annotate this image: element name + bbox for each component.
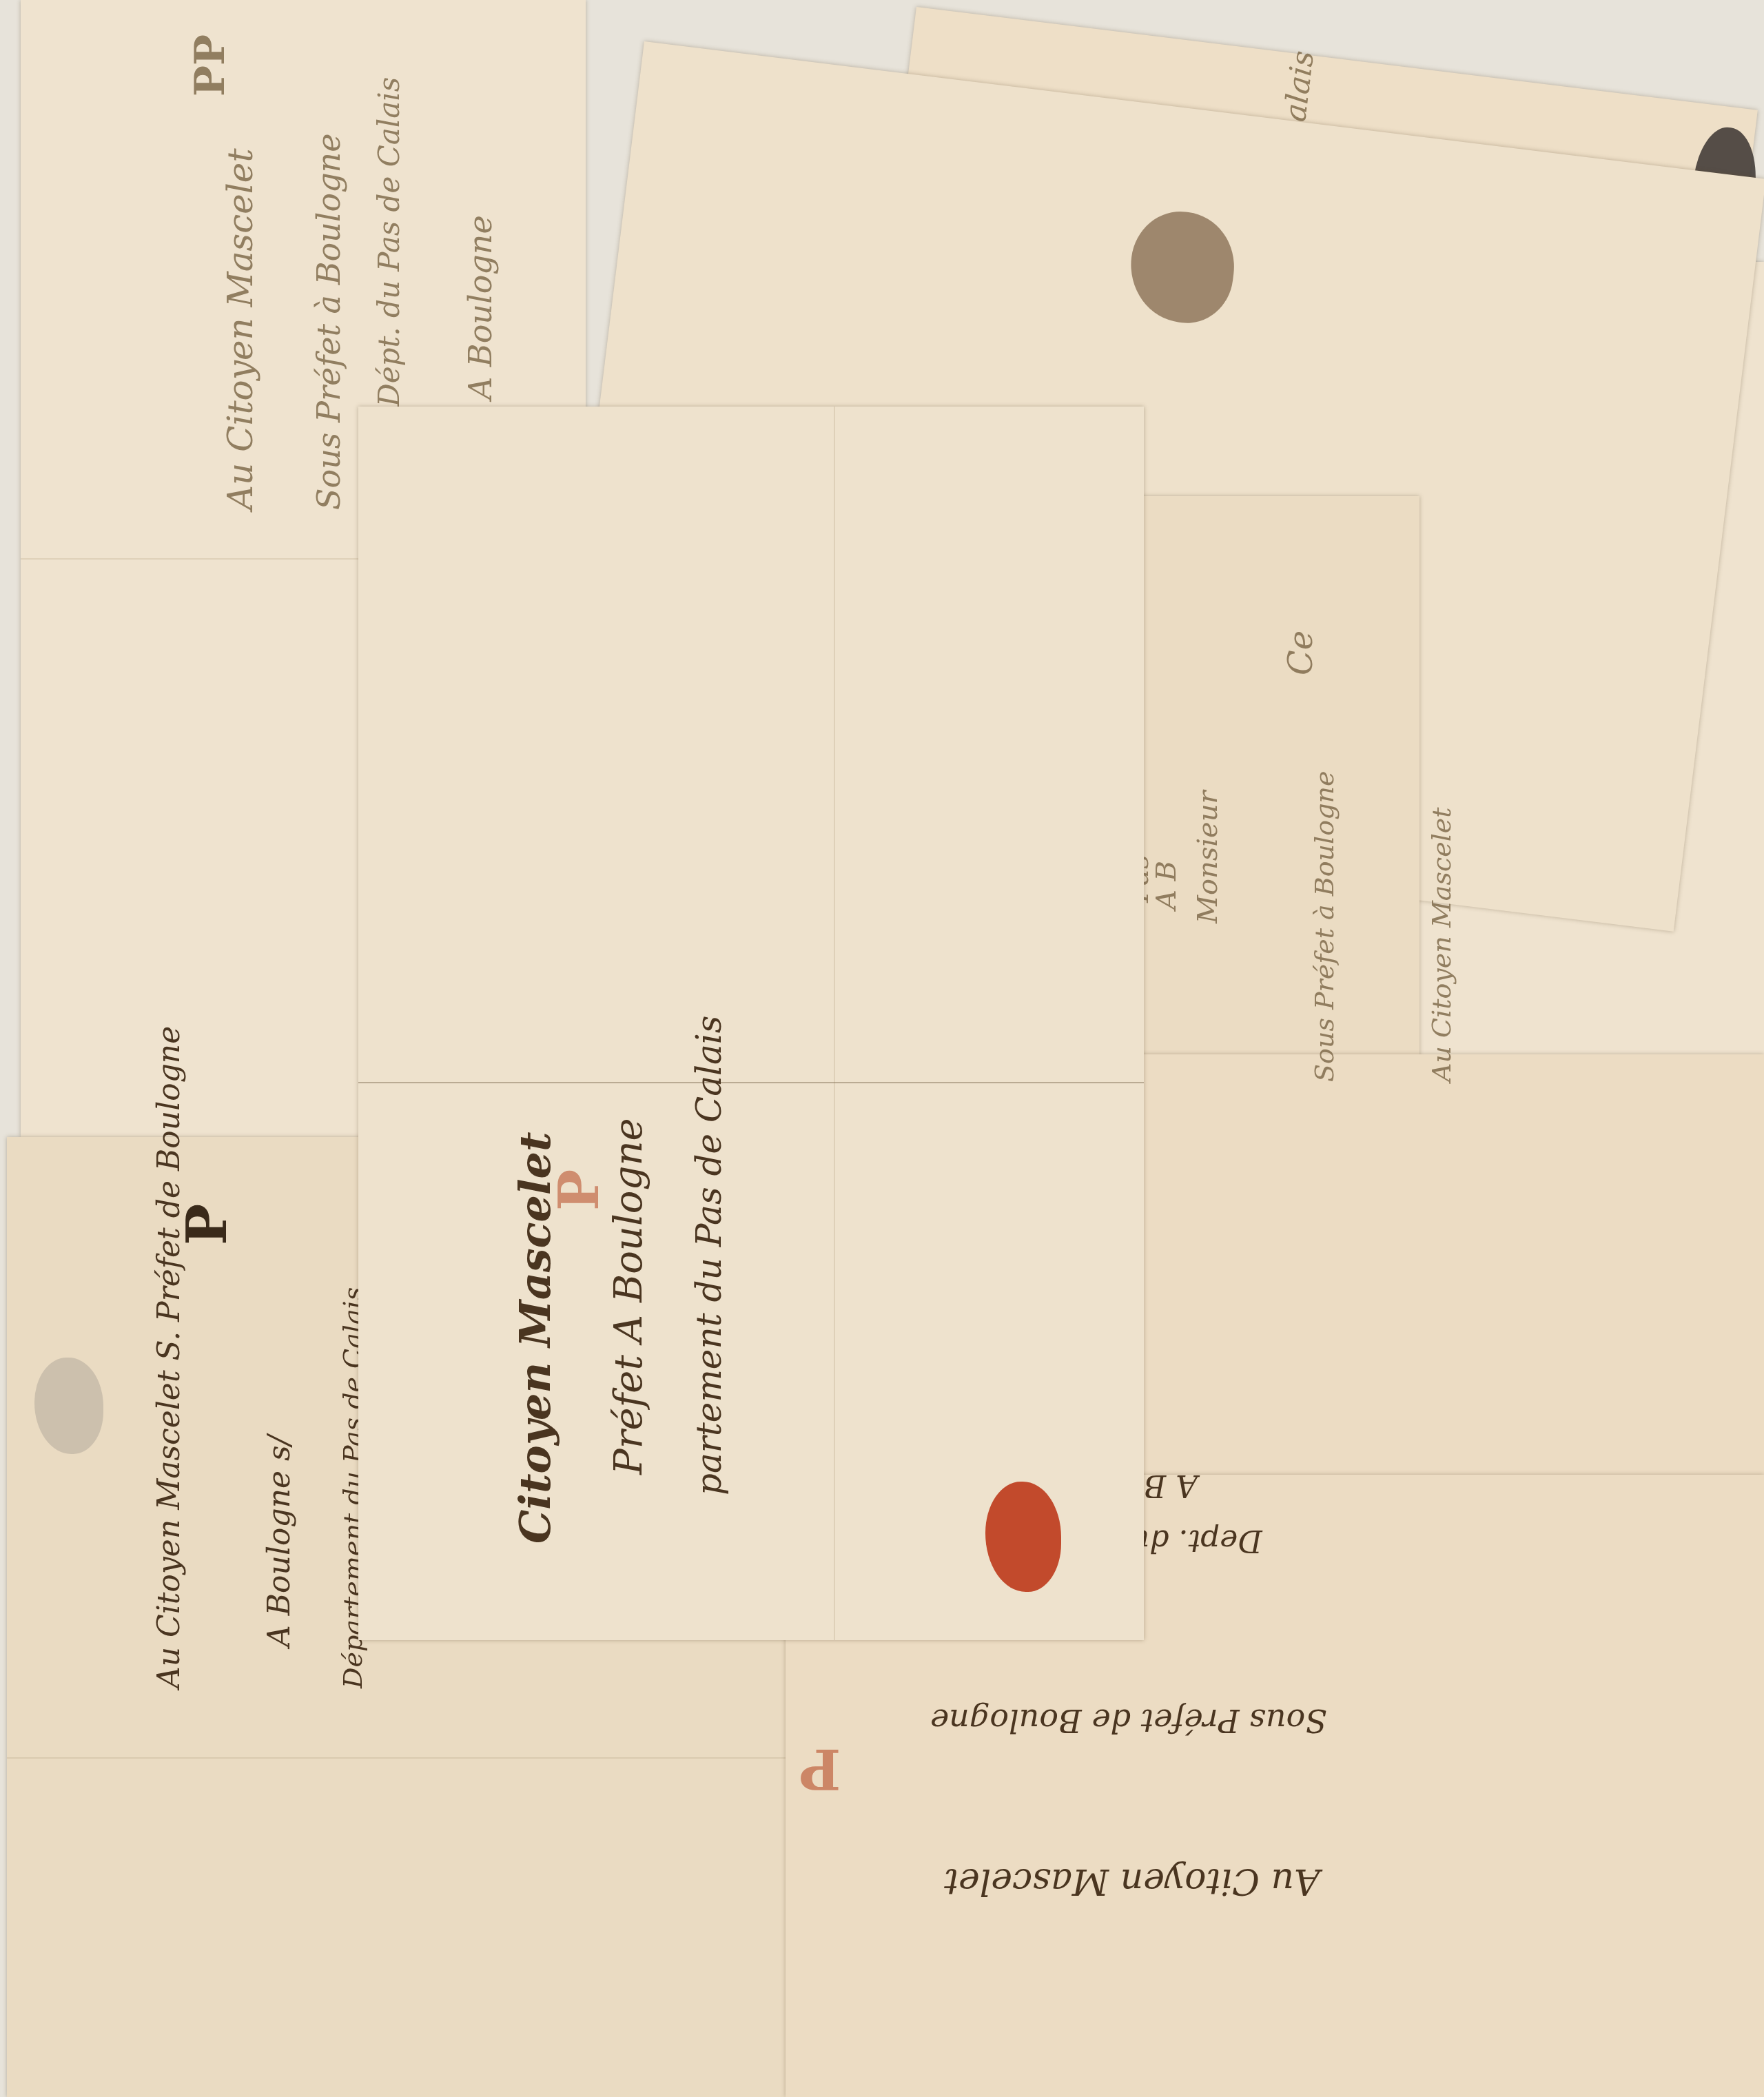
letter-center: Citoyen Mascelet Préfet A Boulogne parte…: [358, 407, 1144, 1640]
postal-stamp: P: [799, 1737, 841, 1801]
address-line: Monsieur: [1192, 790, 1224, 923]
postal-stamp: P: [546, 1169, 611, 1211]
brown-wax-seal: [1125, 206, 1240, 328]
address-line: Sous Préfet à Boulogne: [310, 134, 347, 510]
letter-middle-right-inverted: Sous Préfet à Boulogne Au Citoyen Mascel…: [1137, 1054, 1764, 1482]
address-line: Sous Préfet de Boulogne: [930, 1702, 1327, 1739]
address-line: Au Citoyen Mascelet: [944, 1861, 1320, 1902]
address-line: A B: [1144, 1468, 1198, 1503]
postal-stamp: PP: [186, 34, 234, 96]
address-line: Sous Préfet à Boulogne: [1309, 771, 1340, 1082]
postal-stamp: P: [174, 1204, 239, 1245]
address-line: Dept. du: [1130, 1523, 1262, 1558]
red-wax-seal: [985, 1482, 1061, 1592]
grey-seal-mark: [34, 1358, 103, 1454]
address-line: Au Citoyen Mascelet S. Préfet de Boulogn…: [152, 1026, 187, 1688]
address-line: A B: [1151, 861, 1182, 910]
address-line: A Boulogne: [462, 215, 499, 400]
address-line: Ce: [1282, 631, 1320, 675]
address-line: Préfet A Boulogne: [606, 1118, 651, 1475]
address-line: Au Citoyen Mascelet: [1426, 807, 1457, 1082]
address-line: Dépt. du Pas de Calais: [372, 77, 406, 407]
letter-right-inverted: Monsieur A B Pas Ce: [1116, 496, 1419, 1061]
address-line: A Boulogne s/: [262, 1435, 297, 1647]
address-line: partement du Pas de Calais: [689, 1016, 729, 1495]
address-line: Au Citoyen Mascelet: [220, 148, 260, 510]
